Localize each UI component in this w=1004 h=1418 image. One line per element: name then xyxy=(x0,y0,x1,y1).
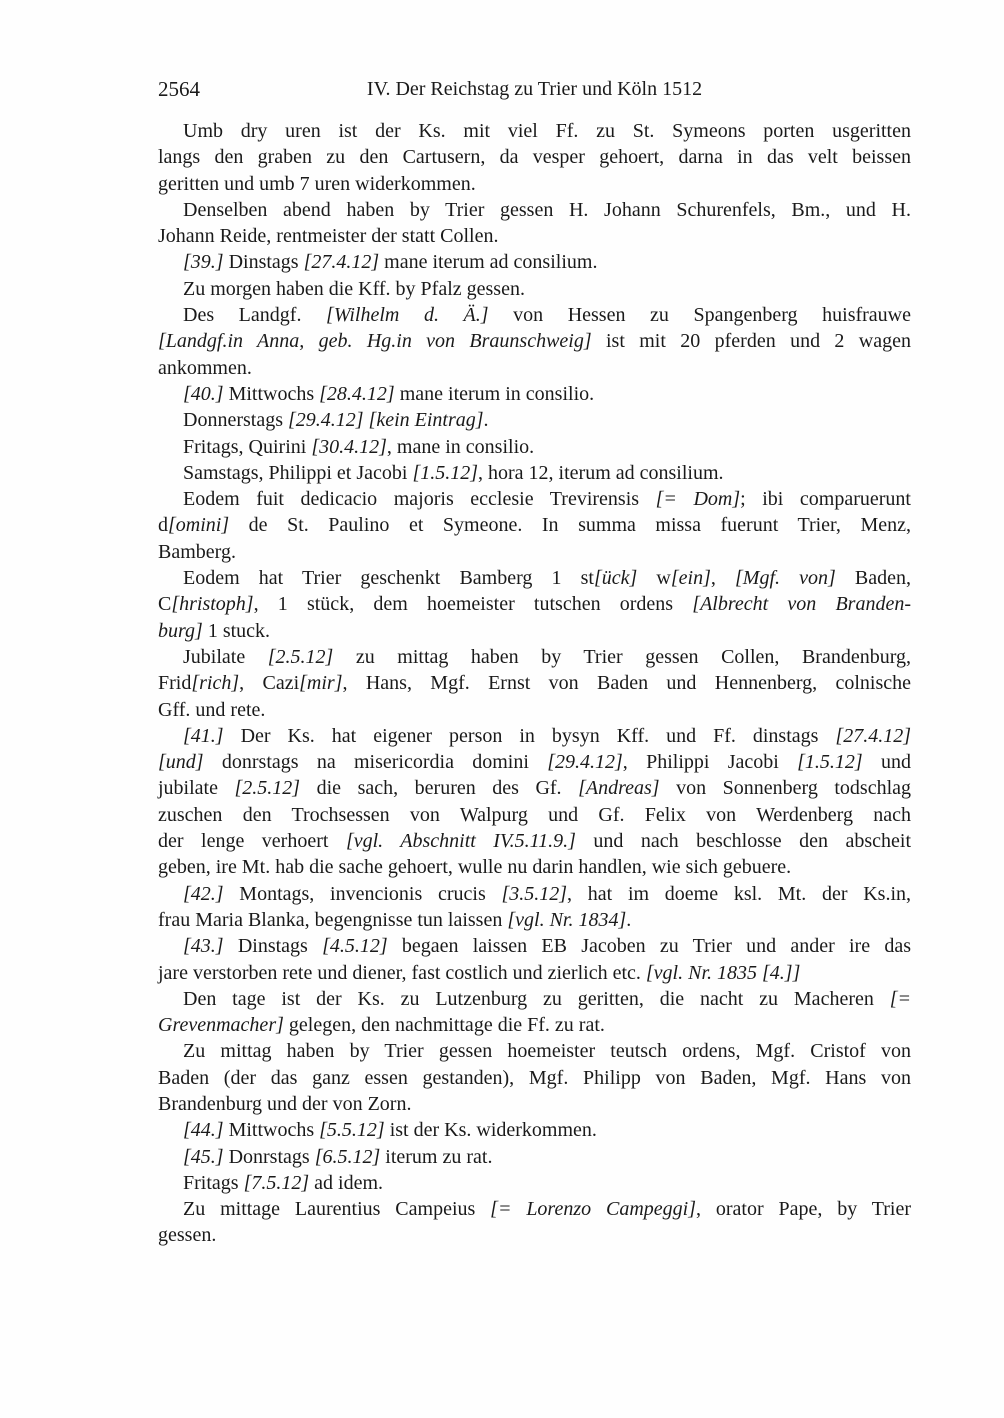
text-segment: w xyxy=(637,567,671,589)
text-line: [44.] Mittwochs [5.5.12] ist der Ks. wid… xyxy=(158,1117,911,1143)
editorial-insertion: [rich] xyxy=(191,672,239,694)
paragraph: [39.] Dinstags [27.4.12] mane iterum ad … xyxy=(158,249,911,275)
text-segment: , Hans, Mgf. Ernst von Baden und Hennenb… xyxy=(343,672,912,694)
paragraph: [40.] Mittwochs [28.4.12] mane iterum in… xyxy=(158,381,911,407)
document-page: 2564 IV. Der Reichstag zu Trier und Köln… xyxy=(0,0,1004,1418)
text-segment: Bamberg. xyxy=(158,541,236,563)
text-segment: ad idem. xyxy=(309,1172,383,1194)
editorial-insertion: [43.] xyxy=(183,935,224,957)
text-segment: . xyxy=(484,409,489,431)
editorial-insertion: [ein] xyxy=(671,567,711,589)
paragraph: [42.] Montags, invencionis crucis [3.5.1… xyxy=(158,881,911,934)
text-line: der lenge verhoert [vgl. Abschnitt IV.5.… xyxy=(158,828,911,854)
text-segment: Samstags, Philippi et Jacobi xyxy=(183,462,412,484)
text-segment: mane iterum ad consilium. xyxy=(379,251,597,273)
editorial-insertion: [27.4.12] xyxy=(304,251,380,273)
text-segment: gelegen, den nachmittage die Ff. zu rat. xyxy=(284,1014,605,1036)
text-segment: Mittwochs xyxy=(224,383,320,405)
text-segment: , Philippi Jacobi xyxy=(623,751,797,773)
text-line: burg] 1 stuck. xyxy=(158,618,911,644)
text-segment: de St. Paulino et Symeone. In summa miss… xyxy=(229,514,911,536)
text-segment: zuschen den Trochsessen von Walpurg und … xyxy=(158,804,911,826)
text-line: Eodem hat Trier geschenkt Bamberg 1 st[ü… xyxy=(158,565,911,591)
paragraph: Jubilate [2.5.12] zu mittag haben by Tri… xyxy=(158,644,911,723)
paragraph: [41.] Der Ks. hat eigener person in bysy… xyxy=(158,723,911,881)
text-line: geritten und umb 7 uren widerkommen. xyxy=(158,171,911,197)
text-line: jare verstorben rete und diener, fast co… xyxy=(158,960,911,986)
paragraph: Fritags [7.5.12] ad idem. xyxy=(158,1170,911,1196)
editorial-insertion: [2.5.12] xyxy=(268,646,334,668)
text-line: [und] donrstags na misericordia domini [… xyxy=(158,749,911,775)
text-line: jubilate [2.5.12] die sach, beruren des … xyxy=(158,775,911,801)
editorial-insertion: [44.] xyxy=(183,1119,224,1141)
text-line: Johann Reide, rentmeister der statt Coll… xyxy=(158,223,911,249)
text-line: [Landgf.in Anna, geb. Hg.in von Braunsch… xyxy=(158,328,911,354)
paragraph: [43.] Dinstags [4.5.12] begaen laissen E… xyxy=(158,933,911,986)
editorial-insertion: [42.] xyxy=(183,883,224,905)
text-line: Denselben abend haben by Trier gessen H.… xyxy=(158,197,911,223)
text-segment: die sach, beruren des Gf. xyxy=(300,777,578,799)
text-line: Baden (der das ganz essen gestanden), Mg… xyxy=(158,1065,911,1091)
text-line: C[hristoph], 1 stück, dem hoemeister tut… xyxy=(158,591,911,617)
text-segment: ; ibi comparuerunt xyxy=(740,488,911,510)
text-segment: . xyxy=(626,909,631,931)
text-segment: , orator Pape, by Trier xyxy=(696,1198,911,1220)
text-segment: Donrstags xyxy=(224,1146,315,1168)
page-number: 2564 xyxy=(158,76,200,102)
editorial-insertion: [39.] xyxy=(183,251,224,273)
text-segment: ist mit 20 pferden und 2 wagen xyxy=(592,330,911,352)
text-line: Bamberg. xyxy=(158,539,911,565)
page-header: 2564 IV. Der Reichstag zu Trier und Köln… xyxy=(158,76,911,102)
text-line: geben, ire Mt. hab die sache gehoert, wu… xyxy=(158,854,911,880)
editorial-insertion: [vgl. Abschnitt IV.5.11.9.] xyxy=(346,830,576,852)
editorial-insertion: [29.4.12] xyxy=(547,751,623,773)
text-line: Jubilate [2.5.12] zu mittag haben by Tri… xyxy=(158,644,911,670)
paragraph: Denselben abend haben by Trier gessen H.… xyxy=(158,197,911,250)
text-segment: begaen laissen EB Jacoben zu Trier und a… xyxy=(388,935,911,957)
text-line: Fritags [7.5.12] ad idem. xyxy=(158,1170,911,1196)
text-segment: Fritags, Quirini xyxy=(183,436,311,458)
text-line: [42.] Montags, invencionis crucis [3.5.1… xyxy=(158,881,911,907)
text-line: Umb dry uren ist der Ks. mit viel Ff. zu… xyxy=(158,118,911,144)
text-line: gessen. xyxy=(158,1222,911,1248)
paragraph: Umb dry uren ist der Ks. mit viel Ff. zu… xyxy=(158,118,911,197)
text-segment: Der Ks. hat eigener person in bysyn Kff.… xyxy=(224,725,836,747)
text-line: frau Maria Blanka, begengnisse tun laiss… xyxy=(158,907,911,933)
editorial-insertion: [27.4.12] xyxy=(835,725,911,747)
text-segment: von Sonnenberg todschlag xyxy=(660,777,911,799)
text-line: Brandenburg und der von Zorn. xyxy=(158,1091,911,1117)
text-segment: Jubilate xyxy=(183,646,268,668)
text-segment: Zu mittage Laurentius Campeius xyxy=(183,1198,490,1220)
text-segment: ankommen. xyxy=(158,357,252,379)
text-segment: Johann Reide, rentmeister der statt Coll… xyxy=(158,225,498,247)
text-line: langs den graben zu den Cartusern, da ve… xyxy=(158,144,911,170)
text-segment: Des Landgf. xyxy=(183,304,326,326)
text-line: Zu mittage Laurentius Campeius [= Lorenz… xyxy=(158,1196,911,1222)
text-segment: Dinstags xyxy=(224,935,322,957)
text-segment: Eodem hat Trier geschenkt Bamberg 1 st xyxy=(183,567,594,589)
editorial-insertion: [7.5.12] xyxy=(244,1172,310,1194)
editorial-insertion: [mir] xyxy=(299,672,342,694)
text-segment: Denselben abend haben by Trier gessen H.… xyxy=(183,199,911,221)
text-segment: geritten und umb 7 uren widerkommen. xyxy=(158,173,476,195)
text-line: Zu mittag haben by Trier gessen hoemeist… xyxy=(158,1038,911,1064)
editorial-insertion: [3.5.12] xyxy=(501,883,567,905)
editorial-insertion: [2.5.12] xyxy=(235,777,301,799)
text-line: [45.] Donrstags [6.5.12] iterum zu rat. xyxy=(158,1144,911,1170)
text-line: [43.] Dinstags [4.5.12] begaen laissen E… xyxy=(158,933,911,959)
editorial-insertion: [omini] xyxy=(168,514,229,536)
text-segment: und nach beschlosse den abscheit xyxy=(576,830,911,852)
editorial-insertion: [hristoph] xyxy=(171,593,253,615)
editorial-insertion: [Wilhelm d. Ä.] xyxy=(326,304,489,326)
text-segment: d xyxy=(158,514,168,536)
text-segment: gessen. xyxy=(158,1224,216,1246)
text-segment: iterum zu rat. xyxy=(380,1146,492,1168)
editorial-insertion: [1.5.12] xyxy=(412,462,478,484)
paragraph: Samstags, Philippi et Jacobi [1.5.12], h… xyxy=(158,460,911,486)
text-segment: Dinstags xyxy=(224,251,304,273)
text-segment: Montags, invencionis crucis xyxy=(224,883,502,905)
text-segment: Eodem fuit dedicacio majoris ecclesie Tr… xyxy=(183,488,656,510)
editorial-insertion: [= xyxy=(890,988,911,1010)
text-segment: Umb dry uren ist der Ks. mit viel Ff. zu… xyxy=(183,120,911,142)
text-segment: Baden (der das ganz essen gestanden), Mg… xyxy=(158,1067,911,1089)
text-segment: von Hessen zu Spangenberg huisfrauwe xyxy=(489,304,911,326)
editorial-insertion: [4.5.12] xyxy=(322,935,388,957)
editorial-insertion: [= Dom] xyxy=(656,488,741,510)
text-segment: , mane in consilio. xyxy=(387,436,534,458)
editorial-insertion: [45.] xyxy=(183,1146,224,1168)
text-segment: , hora 12, iterum ad consilium. xyxy=(478,462,724,484)
paragraph: Zu mittage Laurentius Campeius [= Lorenz… xyxy=(158,1196,911,1249)
text-segment: jare verstorben rete und diener, fast co… xyxy=(158,962,646,984)
editorial-insertion: [Landgf.in Anna, geb. Hg.in von Braunsch… xyxy=(158,330,592,352)
paragraph: [44.] Mittwochs [5.5.12] ist der Ks. wid… xyxy=(158,1117,911,1143)
text-segment: Fritags xyxy=(183,1172,244,1194)
editorial-insertion: [Mgf. von] xyxy=(735,567,836,589)
editorial-insertion: [5.5.12] xyxy=(319,1119,385,1141)
paragraph: Fritags, Quirini [30.4.12], mane in cons… xyxy=(158,434,911,460)
text-segment: 1 stuck. xyxy=(203,620,270,642)
editorial-insertion: [vgl. Nr. 1835 [4.]] xyxy=(646,962,800,984)
text-segment: Zu morgen haben die Kff. by Pfalz gessen… xyxy=(183,278,525,300)
text-line: Eodem fuit dedicacio majoris ecclesie Tr… xyxy=(158,486,911,512)
text-segment: frau Maria Blanka, begengnisse tun laiss… xyxy=(158,909,507,931)
text-line: Grevenmacher] gelegen, den nachmittage d… xyxy=(158,1012,911,1038)
text-segment: zu mittag haben by Trier gessen Collen, … xyxy=(333,646,911,668)
text-line: Frid[rich], Cazi[mir], Hans, Mgf. Ernst … xyxy=(158,670,911,696)
text-line: [40.] Mittwochs [28.4.12] mane iterum in… xyxy=(158,381,911,407)
paragraph: Des Landgf. [Wilhelm d. Ä.] von Hessen z… xyxy=(158,302,911,381)
editorial-insertion: Grevenmacher] xyxy=(158,1014,284,1036)
editorial-insertion: [ück] xyxy=(594,567,637,589)
text-line: Samstags, Philippi et Jacobi [1.5.12], h… xyxy=(158,460,911,486)
text-segment: der lenge verhoert xyxy=(158,830,346,852)
text-segment: und xyxy=(863,751,911,773)
text-line: Zu morgen haben die Kff. by Pfalz gessen… xyxy=(158,276,911,302)
text-segment: Gff. und rete. xyxy=(158,699,265,721)
running-header: IV. Der Reichstag zu Trier und Köln 1512 xyxy=(158,76,911,102)
paragraph: Den tage ist der Ks. zu Lutzenburg zu ge… xyxy=(158,986,911,1039)
text-line: Gff. und rete. xyxy=(158,697,911,723)
text-segment: Den tage ist der Ks. zu Lutzenburg zu ge… xyxy=(183,988,890,1010)
text-line: Fritags, Quirini [30.4.12], mane in cons… xyxy=(158,434,911,460)
editorial-insertion: [30.4.12] xyxy=(311,436,387,458)
text-segment: , hat im doeme ksl. Mt. der Ks.in, xyxy=(567,883,911,905)
editorial-insertion: [41.] xyxy=(183,725,224,747)
editorial-insertion: [28.4.12] xyxy=(319,383,395,405)
editorial-insertion: [6.5.12] xyxy=(315,1146,381,1168)
text-segment: , Cazi xyxy=(239,672,299,694)
editorial-insertion: [vgl. Nr. 1834] xyxy=(507,909,626,931)
editorial-insertion: [Andreas] xyxy=(578,777,659,799)
text-segment: , 1 stück, dem hoemeister tutschen orden… xyxy=(254,593,693,615)
text-line: zuschen den Trochsessen von Walpurg und … xyxy=(158,802,911,828)
editorial-insertion: burg] xyxy=(158,620,203,642)
paragraph: Zu morgen haben die Kff. by Pfalz gessen… xyxy=(158,276,911,302)
text-segment: Donnerstags xyxy=(183,409,288,431)
text-segment: C xyxy=(158,593,171,615)
text-line: Des Landgf. [Wilhelm d. Ä.] von Hessen z… xyxy=(158,302,911,328)
editorial-insertion: [29.4.12] [kein Eintrag] xyxy=(288,409,484,431)
paragraph: Eodem fuit dedicacio majoris ecclesie Tr… xyxy=(158,486,911,565)
text-segment: langs den graben zu den Cartusern, da ve… xyxy=(158,146,911,168)
paragraph: Eodem hat Trier geschenkt Bamberg 1 st[ü… xyxy=(158,565,911,644)
text-segment: Zu mittag haben by Trier gessen hoemeist… xyxy=(183,1040,911,1062)
text-line: [39.] Dinstags [27.4.12] mane iterum ad … xyxy=(158,249,911,275)
paragraph: Zu mittag haben by Trier gessen hoemeist… xyxy=(158,1038,911,1117)
text-segment: mane iterum in consilio. xyxy=(395,383,594,405)
editorial-insertion: [Albrecht von Branden- xyxy=(692,593,911,615)
text-segment: Brandenburg und der von Zorn. xyxy=(158,1093,411,1115)
editorial-insertion: [und] xyxy=(158,751,204,773)
page-body: Umb dry uren ist der Ks. mit viel Ff. zu… xyxy=(158,118,911,1249)
text-segment: Mittwochs xyxy=(224,1119,320,1141)
text-segment: jubilate xyxy=(158,777,235,799)
text-line: ankommen. xyxy=(158,355,911,381)
text-segment: , xyxy=(711,567,735,589)
text-line: Den tage ist der Ks. zu Lutzenburg zu ge… xyxy=(158,986,911,1012)
editorial-insertion: [1.5.12] xyxy=(797,751,863,773)
editorial-insertion: [= Lorenzo Campeggi] xyxy=(490,1198,696,1220)
text-segment: geben, ire Mt. hab die sache gehoert, wu… xyxy=(158,856,791,878)
text-segment: ist der Ks. widerkommen. xyxy=(385,1119,597,1141)
text-segment: Frid xyxy=(158,672,191,694)
text-line: Donnerstags [29.4.12] [kein Eintrag]. xyxy=(158,407,911,433)
editorial-insertion: [40.] xyxy=(183,383,224,405)
paragraph: [45.] Donrstags [6.5.12] iterum zu rat. xyxy=(158,1144,911,1170)
paragraph: Donnerstags [29.4.12] [kein Eintrag]. xyxy=(158,407,911,433)
text-segment: donrstags na misericordia domini xyxy=(204,751,548,773)
text-line: d[omini] de St. Paulino et Symeone. In s… xyxy=(158,512,911,538)
text-line: [41.] Der Ks. hat eigener person in bysy… xyxy=(158,723,911,749)
text-segment: Baden, xyxy=(836,567,911,589)
